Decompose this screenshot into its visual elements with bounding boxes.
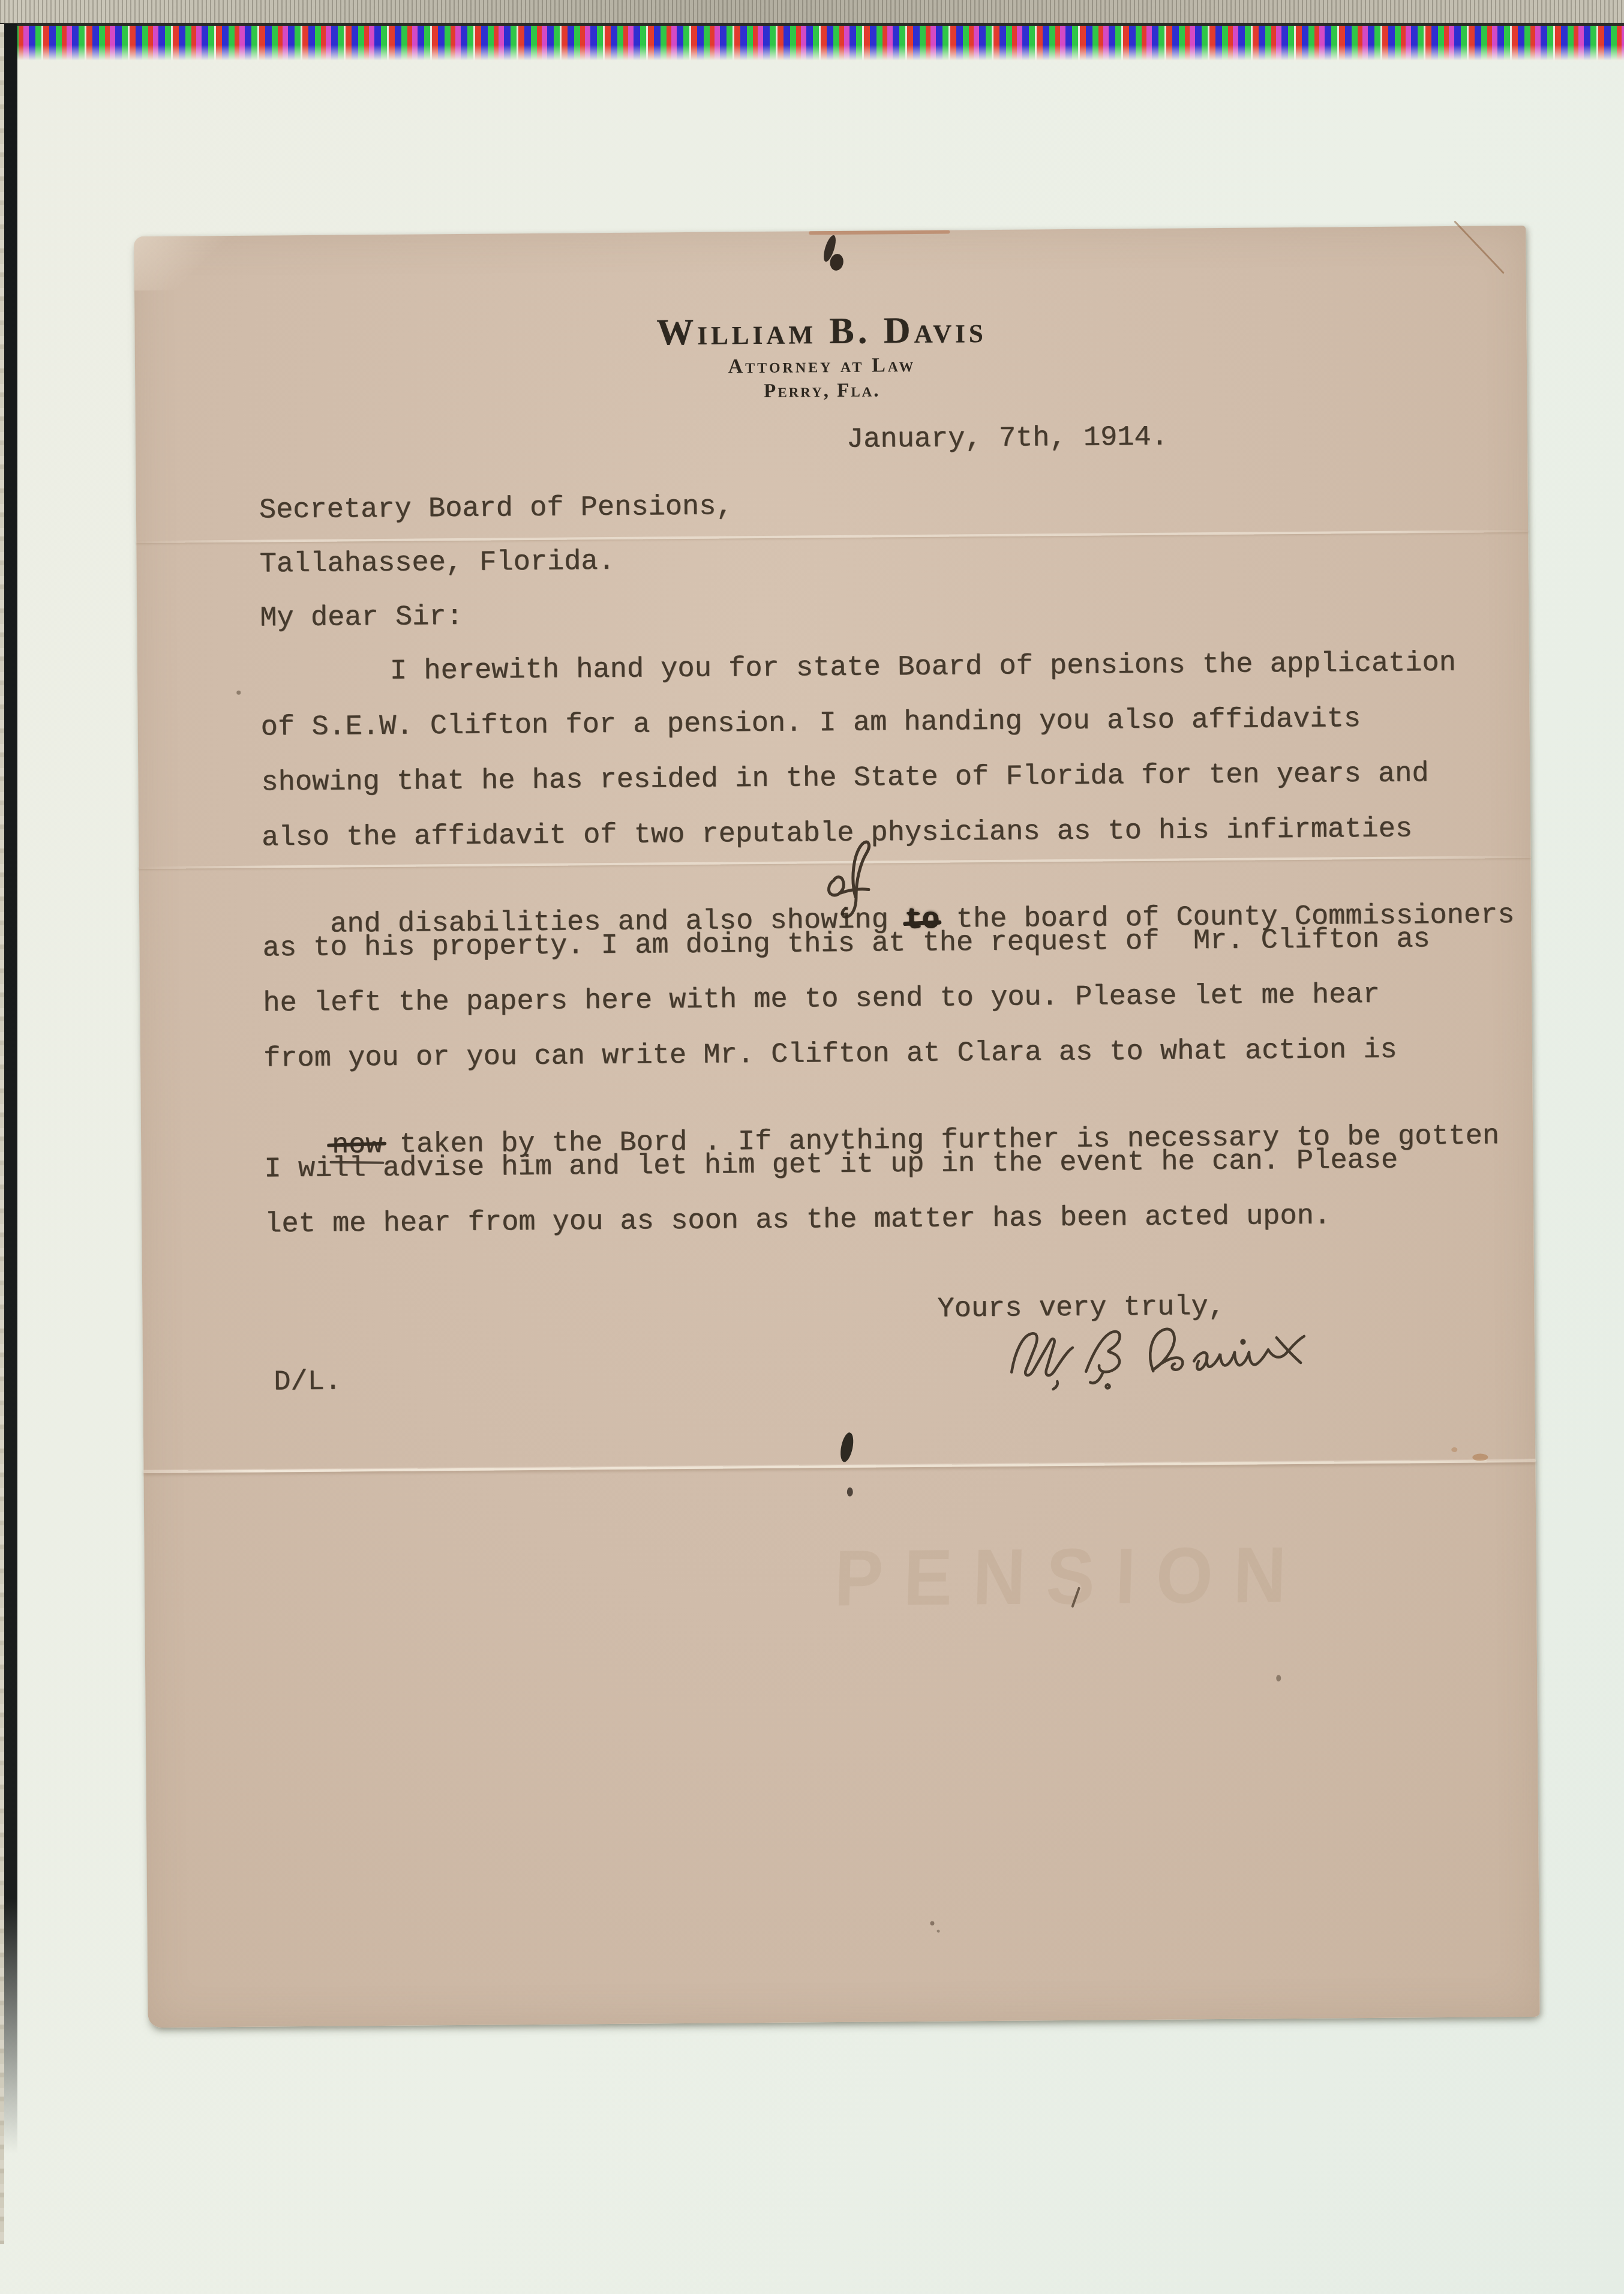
scanner-left-edge — [0, 24, 4, 2244]
letter-date: January, 7th, 1914. — [846, 422, 1168, 456]
body-line-11: let me hear from you as soon as the matt… — [265, 1201, 1331, 1241]
paper-corner-fold-top-left — [134, 236, 242, 290]
ink-dot-below-crease — [847, 1488, 853, 1497]
body-line-3: showing that he has resided in the State… — [261, 758, 1428, 799]
letter-paper: William B. Davis Attorney at Law Perry, … — [134, 226, 1539, 2028]
fold-crease-lower — [143, 1460, 1535, 1473]
scanner-color-calibration-bar — [0, 26, 1624, 61]
letterhead-name: William B. Davis — [134, 305, 1508, 358]
handwritten-of-insertion — [820, 835, 881, 920]
paper-speck-4 — [937, 1930, 940, 1933]
salutation: My dear Sir: — [260, 601, 463, 635]
body-line-2: of S.E.W. Clifton for a pension. I am ha… — [261, 703, 1361, 743]
rust-streak-top-edge — [809, 230, 950, 235]
recipient-line-1: Secretary Board of Pensions, — [259, 491, 733, 526]
handwritten-signature — [994, 1312, 1355, 1405]
ink-blot-near-crease — [838, 1431, 855, 1463]
paper-corner-crease-top-right — [1454, 220, 1505, 274]
body-line-8: from you or you can write Mr. Clifton at… — [263, 1034, 1397, 1075]
rust-stain-crease-right-2 — [1451, 1447, 1457, 1452]
scanner-black-strip — [4, 24, 17, 2154]
body-line-1: I herewith hand you for state Board of p… — [390, 647, 1456, 688]
reference-initials: D/L. — [274, 1366, 341, 1399]
paper-speck-2 — [236, 691, 241, 695]
recipient-line-2: Tallahassee, Florida. — [259, 546, 615, 581]
scanner-noise-band — [0, 0, 1624, 26]
fold-crease-upper — [136, 530, 1528, 543]
ghost-watermark-text: PENSION — [833, 1527, 1556, 1624]
paper-speck-3 — [930, 1921, 934, 1926]
paper-speck-1 — [1276, 1675, 1281, 1681]
